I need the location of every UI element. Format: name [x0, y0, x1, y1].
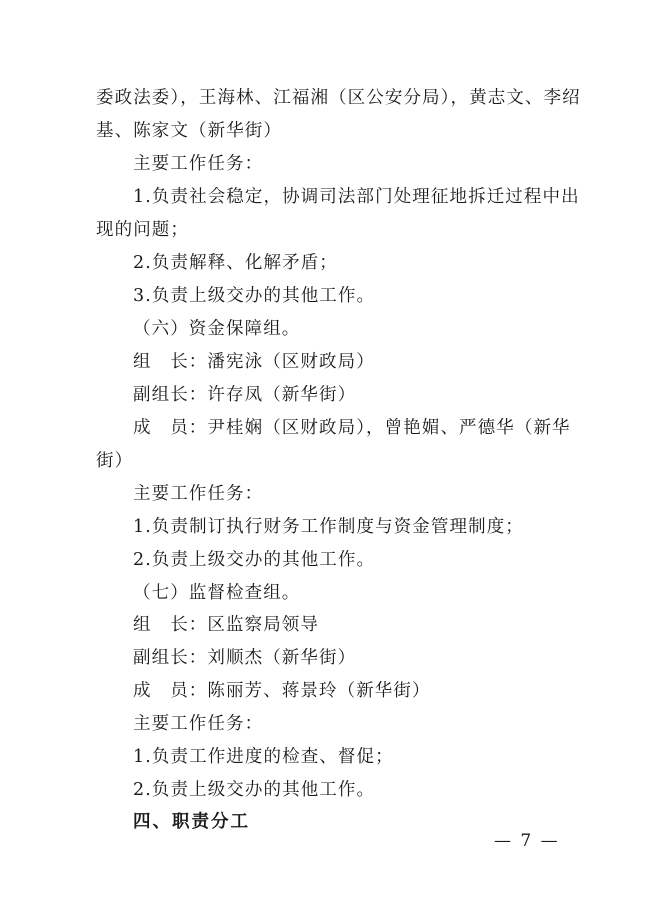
text-line-group-leader: 组 长：潘宪泳（区财政局）	[133, 346, 556, 379]
text-line-task-3: 3.负责上级交办的其他工作。	[133, 280, 556, 313]
text-line-members-end: 基、陈家文（新华街）	[96, 115, 556, 148]
text-line-task-1: 1.负责工作进度的检查、督促；	[133, 741, 556, 774]
text-line-task-1: 1.负责制订执行财务工作制度与资金管理制度；	[133, 511, 556, 544]
text-line-task-1-cont: 现的问题；	[96, 214, 556, 247]
text-line-group-leader: 组 长：区监察局领导	[133, 609, 556, 642]
section-heading-supervision-group: （七）监督检查组。	[133, 577, 556, 610]
page-number: — 7 —	[494, 829, 556, 853]
document-page: 委政法委），王海林、江福湘（区公安分局），黄志文、李绍 基、陈家文（新华街） 主…	[0, 0, 650, 919]
text-line-main-tasks-label: 主要工作任务：	[133, 708, 556, 741]
text-line-task-2: 2.负责解释、化解矛盾；	[133, 247, 556, 280]
section-heading-funding-group: （六）资金保障组。	[133, 313, 556, 346]
text-line-task-1: 1.负责社会稳定，协调司法部门处理征地拆迁过程中出	[133, 181, 556, 214]
text-line-members: 成 员：尹桂娴（区财政局），曾艳媚、严德华（新华	[133, 412, 556, 445]
text-line-continuation-members: 委政法委），王海林、江福湘（区公安分局），黄志文、李绍	[96, 82, 556, 115]
section-heading-responsibilities: 四、职责分工	[133, 806, 556, 839]
text-line-deputy-leader: 副组长：许存凤（新华街）	[133, 379, 556, 412]
text-line-members-cont: 街）	[96, 445, 556, 478]
text-line-main-tasks-label: 主要工作任务：	[133, 478, 556, 511]
text-line-task-2: 2.负责上级交办的其他工作。	[133, 774, 556, 807]
text-line-main-tasks-label: 主要工作任务：	[133, 148, 556, 181]
text-line-members: 成 员：陈丽芳、蒋景玲（新华街）	[133, 675, 556, 708]
text-line-deputy-leader: 副组长：刘顺杰（新华街）	[133, 642, 556, 675]
text-line-task-2: 2.负责上级交办的其他工作。	[133, 544, 556, 577]
